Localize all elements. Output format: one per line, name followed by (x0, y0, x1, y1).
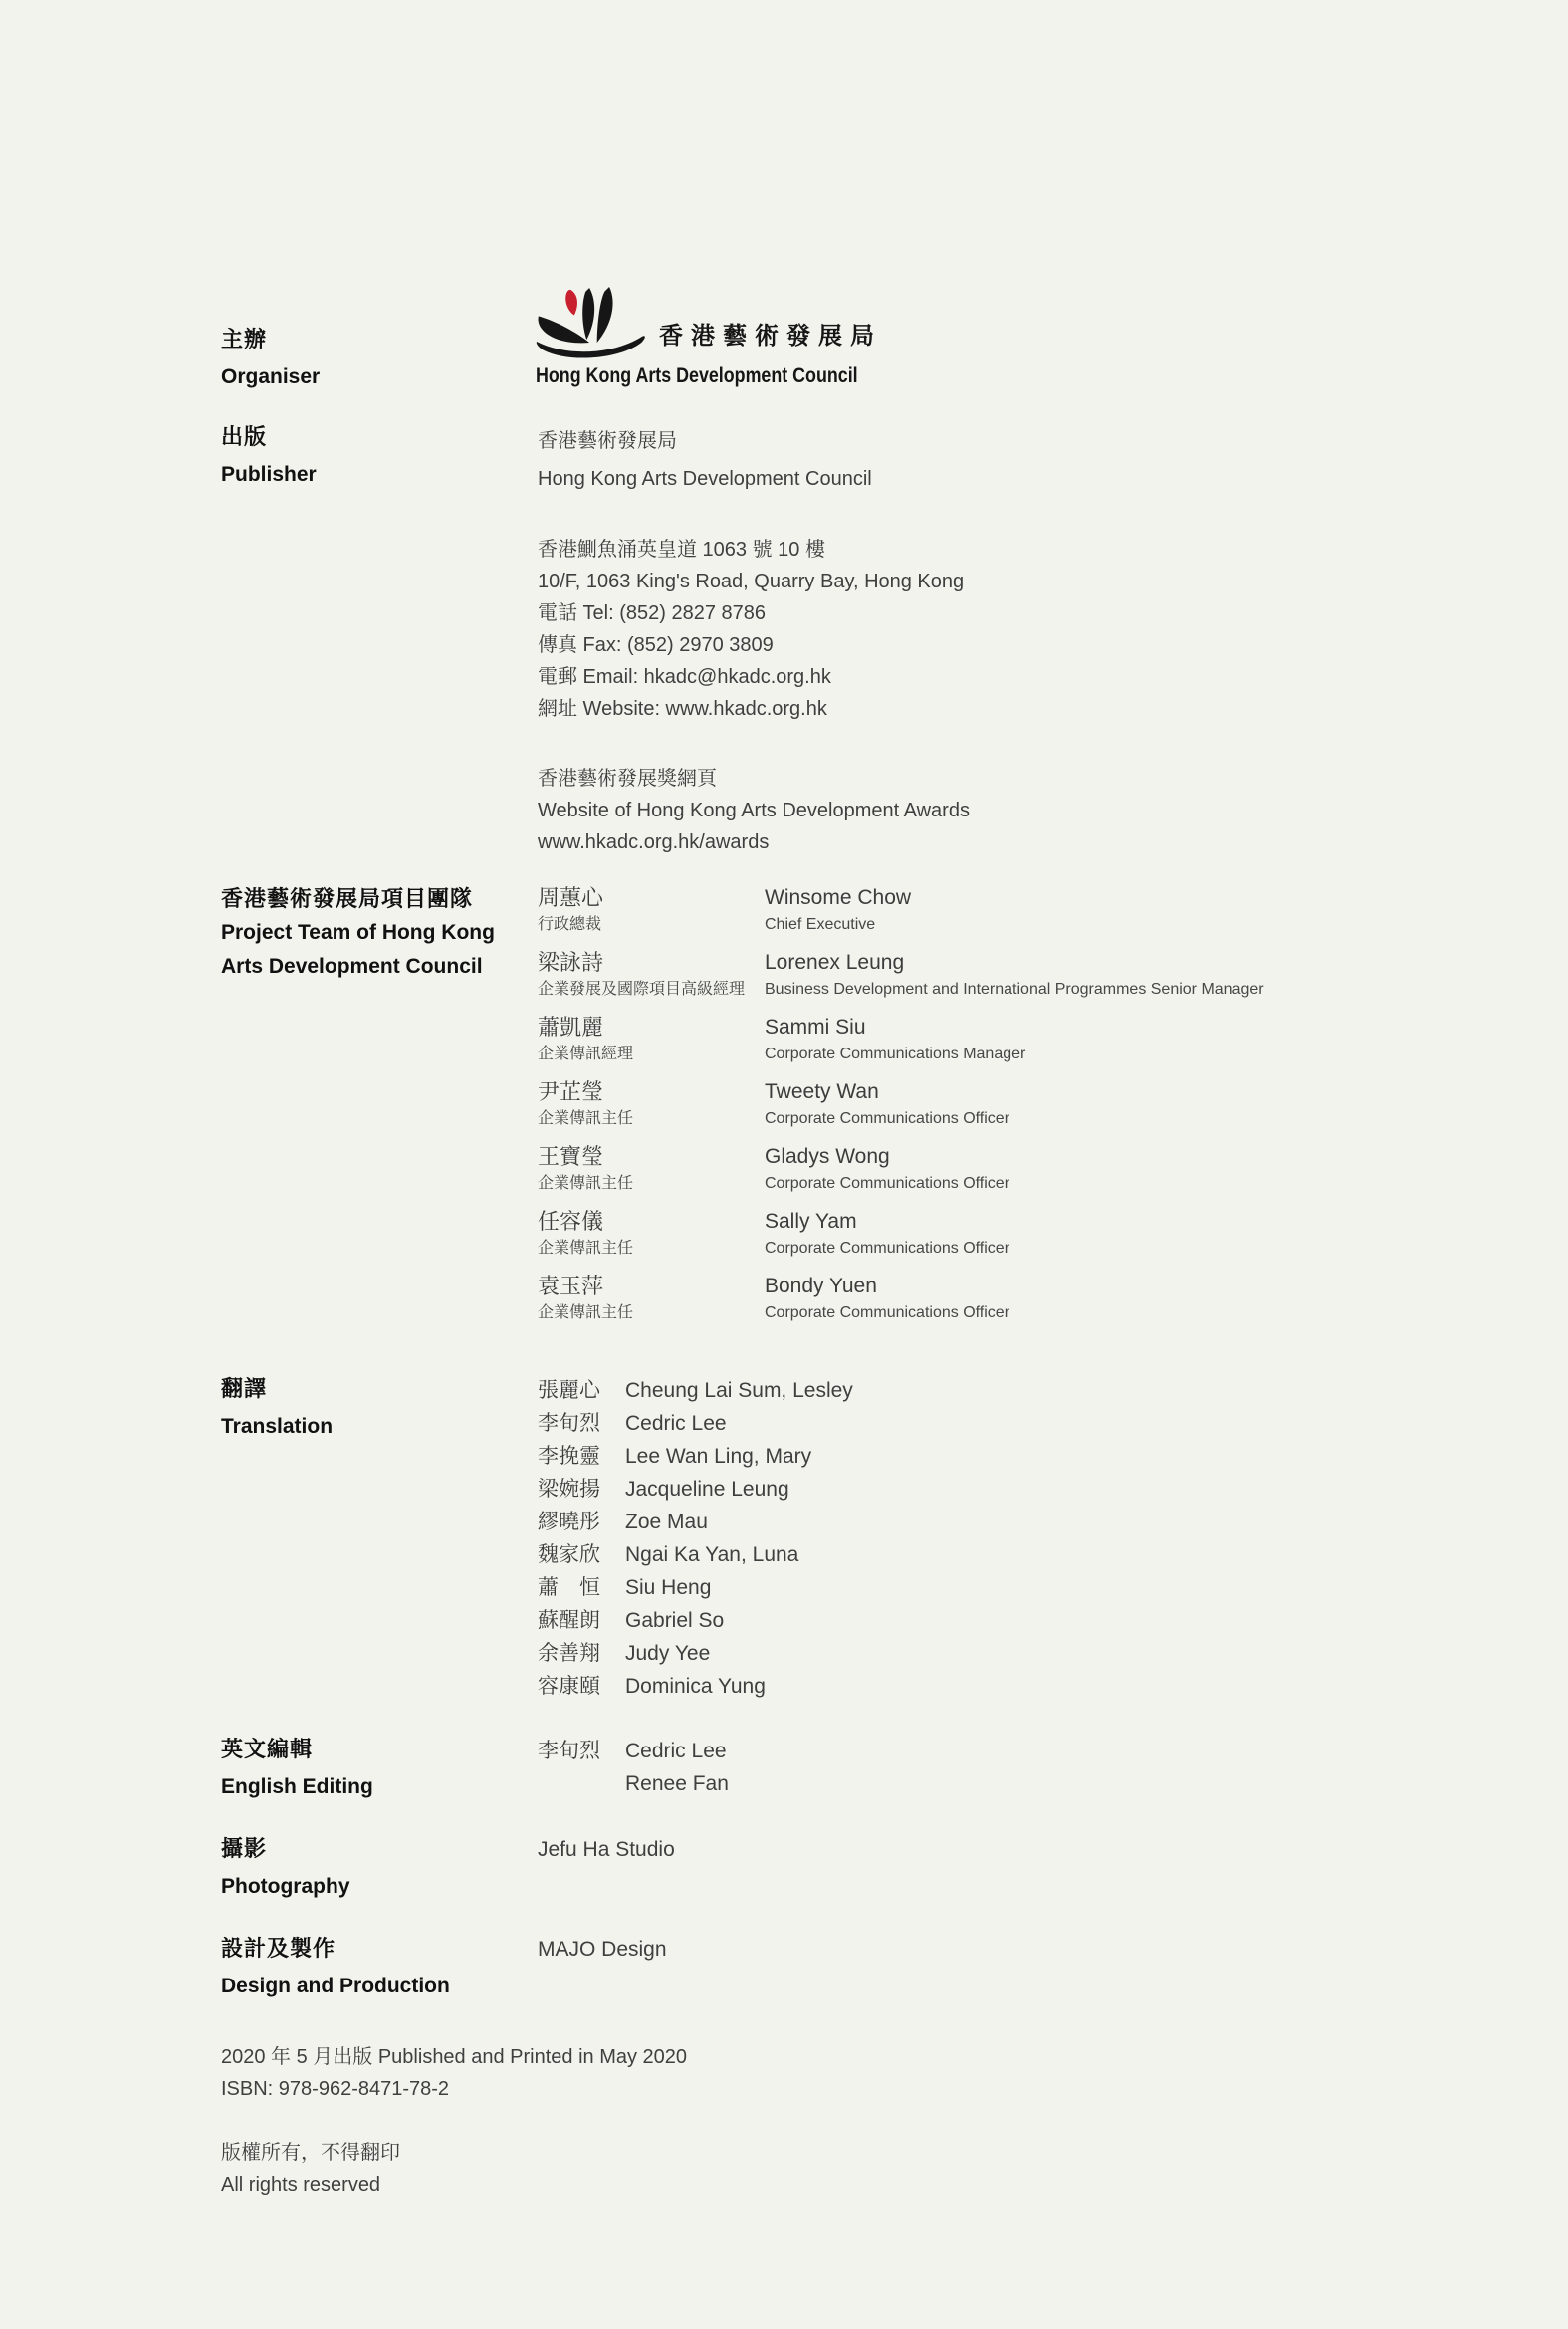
editor-name-zh (538, 1767, 625, 1800)
rights-en: All rights reserved (221, 2169, 400, 2201)
member-name-en: Sammi Siu (765, 1014, 1264, 1042)
translator-row: 余善翔 Judy Yee (538, 1637, 853, 1670)
address-line: 電郵 Email: hkadc@hkadc.org.hk (538, 661, 964, 693)
hkadc-logo-top: 香港藝術發展局 (536, 287, 915, 360)
project-team-list: 周蕙心 行政總裁 Winsome Chow Chief Executive 梁詠… (538, 884, 1264, 1337)
translation-label-zh: 翻譯 (221, 1370, 333, 1408)
translator-name-zh: 魏家欣 (538, 1538, 625, 1571)
member-name-zh: 王寶瑩 (538, 1143, 765, 1171)
team-member-en-col: Tweety Wan Corporate Communications Offi… (765, 1078, 1264, 1129)
member-name-en: Gladys Wong (765, 1143, 1264, 1171)
member-name-en: Bondy Yuen (765, 1273, 1264, 1300)
english-editing-list: 李旬烈 Cedric Lee Renee Fan (538, 1735, 729, 1800)
editor-row: 李旬烈 Cedric Lee (538, 1735, 729, 1767)
member-title-zh: 企業傳訊主任 (538, 1173, 765, 1194)
member-title-zh: 企業傳訊經理 (538, 1044, 765, 1064)
publisher-name-zh: 香港藝術發展局 (538, 422, 872, 460)
team-member-en-col: Bondy Yuen Corporate Communications Offi… (765, 1273, 1264, 1323)
project-team-label-en-2: Arts Development Council (221, 950, 495, 984)
translator-name-en: Jacqueline Leung (625, 1473, 789, 1506)
publisher-label-en: Publisher (221, 456, 317, 494)
photography-label-zh: 攝影 (221, 1830, 350, 1868)
publisher-label: 出版 Publisher (221, 418, 317, 494)
address-line: 電話 Tel: (852) 2827 8786 (538, 597, 964, 629)
translator-name-zh: 蘇醒朗 (538, 1604, 625, 1637)
translator-name-en: Gabriel So (625, 1604, 724, 1637)
photography-label: 攝影 Photography (221, 1830, 350, 1906)
translator-name-en: Lee Wan Ling, Mary (625, 1440, 811, 1473)
team-member-en-col: Sammi Siu Corporate Communications Manag… (765, 1014, 1264, 1064)
project-team-label: 香港藝術發展局項目團隊 Project Team of Hong Kong Ar… (221, 882, 495, 984)
translator-name-zh: 李挽靈 (538, 1440, 625, 1473)
member-title-en: Chief Executive (765, 914, 1264, 935)
team-member-en-col: Lorenex Leung Business Development and I… (765, 949, 1264, 1000)
english-editing-label-en: English Editing (221, 1768, 373, 1806)
translator-row: 繆曉彤 Zoe Mau (538, 1506, 853, 1538)
photography-label-en: Photography (221, 1868, 350, 1906)
translation-label: 翻譯 Translation (221, 1370, 333, 1446)
translator-name-en: Ngai Ka Yan, Luna (625, 1538, 798, 1571)
hkadc-logo: 香港藝術發展局 Hong Kong Arts Development Counc… (536, 287, 915, 388)
rights-zh: 版權所有，不得翻印 (221, 2137, 400, 2169)
member-title-en: Corporate Communications Officer (765, 1302, 1264, 1323)
awards-line: www.hkadc.org.hk/awards (538, 826, 970, 858)
editor-row: Renee Fan (538, 1767, 729, 1800)
colophon-page: 主辦 Organiser 香港藝術發展局 Hong Kong Arts Deve… (0, 0, 1568, 2329)
translator-name-en: Zoe Mau (625, 1506, 708, 1538)
team-member-row: 王寶瑩 企業傳訊主任 Gladys Wong Corporate Communi… (538, 1143, 1264, 1194)
member-name-en: Tweety Wan (765, 1078, 1264, 1106)
publisher-name: 香港藝術發展局 Hong Kong Arts Development Counc… (538, 422, 872, 498)
member-title-en: Corporate Communications Officer (765, 1238, 1264, 1259)
translator-name-zh: 繆曉彤 (538, 1506, 625, 1538)
team-member-row: 蕭凱麗 企業傳訊經理 Sammi Siu Corporate Communica… (538, 1014, 1264, 1064)
translator-row: 容康頤 Dominica Yung (538, 1670, 853, 1703)
project-team-label-en-1: Project Team of Hong Kong (221, 916, 495, 950)
team-member-row: 尹芷瑩 企業傳訊主任 Tweety Wan Corporate Communic… (538, 1078, 1264, 1129)
member-title-en: Business Development and International P… (765, 979, 1264, 1000)
translator-name-zh: 余善翔 (538, 1637, 625, 1670)
design-label-zh: 設計及製作 (221, 1930, 450, 1968)
address-line: 網址 Website: www.hkadc.org.hk (538, 693, 964, 725)
editor-name-en: Renee Fan (625, 1767, 729, 1800)
team-member-zh-col: 尹芷瑩 企業傳訊主任 (538, 1078, 765, 1129)
team-member-row: 袁玉萍 企業傳訊主任 Bondy Yuen Corporate Communic… (538, 1273, 1264, 1323)
project-team-label-zh: 香港藝術發展局項目團隊 (221, 882, 495, 916)
team-member-zh-col: 任容儀 企業傳訊主任 (538, 1208, 765, 1259)
team-member-en-col: Winsome Chow Chief Executive (765, 884, 1264, 935)
editor-name-zh: 李旬烈 (538, 1735, 625, 1767)
translation-list: 張麗心 Cheung Lai Sum, Lesley 李旬烈 Cedric Le… (538, 1374, 853, 1703)
translator-name-zh: 容康頤 (538, 1670, 625, 1703)
design-credit: MAJO Design (538, 1934, 667, 1966)
member-name-en: Lorenex Leung (765, 949, 1264, 977)
translator-name-en: Cedric Lee (625, 1407, 727, 1440)
isbn-line: ISBN: 978-962-8471-78-2 (221, 2073, 687, 2105)
translator-name-en: Judy Yee (625, 1637, 710, 1670)
awards-website-block: 香港藝術發展獎網頁 Website of Hong Kong Arts Deve… (538, 763, 970, 858)
english-editing-label: 英文編輯 English Editing (221, 1731, 373, 1806)
member-title-zh: 企業發展及國際項目高級經理 (538, 979, 765, 1000)
hkadc-logo-name-en: Hong Kong Arts Development Council (536, 364, 858, 388)
translator-name-zh: 蕭 恒 (538, 1571, 625, 1604)
translator-row: 蘇醒朗 Gabriel So (538, 1604, 853, 1637)
member-name-zh: 梁詠詩 (538, 949, 765, 977)
translator-row: 蕭 恒 Siu Heng (538, 1571, 853, 1604)
editor-name-en: Cedric Lee (625, 1735, 727, 1767)
organiser-label-zh: 主辦 (221, 321, 320, 358)
photography-credit: Jefu Ha Studio (538, 1834, 675, 1866)
translator-row: 張麗心 Cheung Lai Sum, Lesley (538, 1374, 853, 1407)
publisher-label-zh: 出版 (221, 418, 317, 456)
member-name-en: Sally Yam (765, 1208, 1264, 1236)
address-line: 香港鰂魚涌英皇道 1063 號 10 樓 (538, 534, 964, 566)
published-line: 2020 年 5 月出版 Published and Printed in Ma… (221, 2041, 687, 2073)
translator-name-en: Dominica Yung (625, 1670, 766, 1703)
team-member-zh-col: 袁玉萍 企業傳訊主任 (538, 1273, 765, 1323)
address-line: 10/F, 1063 King's Road, Quarry Bay, Hong… (538, 566, 964, 597)
design-label: 設計及製作 Design and Production (221, 1930, 450, 2005)
team-member-en-col: Sally Yam Corporate Communications Offic… (765, 1208, 1264, 1259)
publisher-address: 香港鰂魚涌英皇道 1063 號 10 樓 10/F, 1063 King's R… (538, 534, 964, 725)
member-title-zh: 企業傳訊主任 (538, 1302, 765, 1323)
design-credit-text: MAJO Design (538, 1934, 667, 1966)
team-member-zh-col: 王寶瑩 企業傳訊主任 (538, 1143, 765, 1194)
member-name-zh: 蕭凱麗 (538, 1014, 765, 1042)
translator-name-en: Siu Heng (625, 1571, 711, 1604)
member-title-zh: 企業傳訊主任 (538, 1108, 765, 1129)
team-member-row: 周蕙心 行政總裁 Winsome Chow Chief Executive (538, 884, 1264, 935)
publication-info: 2020 年 5 月出版 Published and Printed in Ma… (221, 2041, 687, 2105)
team-member-zh-col: 蕭凱麗 企業傳訊經理 (538, 1014, 765, 1064)
team-member-row: 梁詠詩 企業發展及國際項目高級經理 Lorenex Leung Business… (538, 949, 1264, 1000)
organiser-label: 主辦 Organiser (221, 321, 320, 396)
member-name-zh: 袁玉萍 (538, 1273, 765, 1300)
translator-name-zh: 張麗心 (538, 1374, 625, 1407)
translator-name-zh: 梁婉揚 (538, 1473, 625, 1506)
member-title-en: Corporate Communications Officer (765, 1173, 1264, 1194)
member-name-zh: 尹芷瑩 (538, 1078, 765, 1106)
publisher-name-en: Hong Kong Arts Development Council (538, 460, 872, 498)
translator-row: 梁婉揚 Jacqueline Leung (538, 1473, 853, 1506)
member-title-zh: 企業傳訊主任 (538, 1238, 765, 1259)
member-name-zh: 任容儀 (538, 1208, 765, 1236)
member-name-en: Winsome Chow (765, 884, 1264, 912)
translator-name-en: Cheung Lai Sum, Lesley (625, 1374, 853, 1407)
rights-block: 版權所有，不得翻印 All rights reserved (221, 2137, 400, 2201)
translator-row: 魏家欣 Ngai Ka Yan, Luna (538, 1538, 853, 1571)
translator-row: 李旬烈 Cedric Lee (538, 1407, 853, 1440)
team-member-en-col: Gladys Wong Corporate Communications Off… (765, 1143, 1264, 1194)
english-editing-label-zh: 英文編輯 (221, 1731, 373, 1768)
member-name-zh: 周蕙心 (538, 884, 765, 912)
member-title-en: Corporate Communications Officer (765, 1108, 1264, 1129)
translator-name-zh: 李旬烈 (538, 1407, 625, 1440)
address-line: 傳真 Fax: (852) 2970 3809 (538, 629, 964, 661)
member-title-en: Corporate Communications Manager (765, 1044, 1264, 1064)
photography-credit-text: Jefu Ha Studio (538, 1834, 675, 1866)
logo-red-leaf (565, 290, 577, 316)
team-member-row: 任容儀 企業傳訊主任 Sally Yam Corporate Communica… (538, 1208, 1264, 1259)
design-label-en: Design and Production (221, 1968, 450, 2005)
team-member-zh-col: 周蕙心 行政總裁 (538, 884, 765, 935)
translation-label-en: Translation (221, 1408, 333, 1446)
team-member-zh-col: 梁詠詩 企業發展及國際項目高級經理 (538, 949, 765, 1000)
organiser-label-en: Organiser (221, 358, 320, 396)
awards-line: Website of Hong Kong Arts Development Aw… (538, 795, 970, 826)
member-title-zh: 行政總裁 (538, 914, 765, 935)
hkadc-logo-name-zh: 香港藝術發展局 (659, 316, 882, 360)
hkadc-logo-mark-icon (536, 287, 647, 360)
awards-line: 香港藝術發展獎網頁 (538, 763, 970, 795)
translator-row: 李挽靈 Lee Wan Ling, Mary (538, 1440, 853, 1473)
